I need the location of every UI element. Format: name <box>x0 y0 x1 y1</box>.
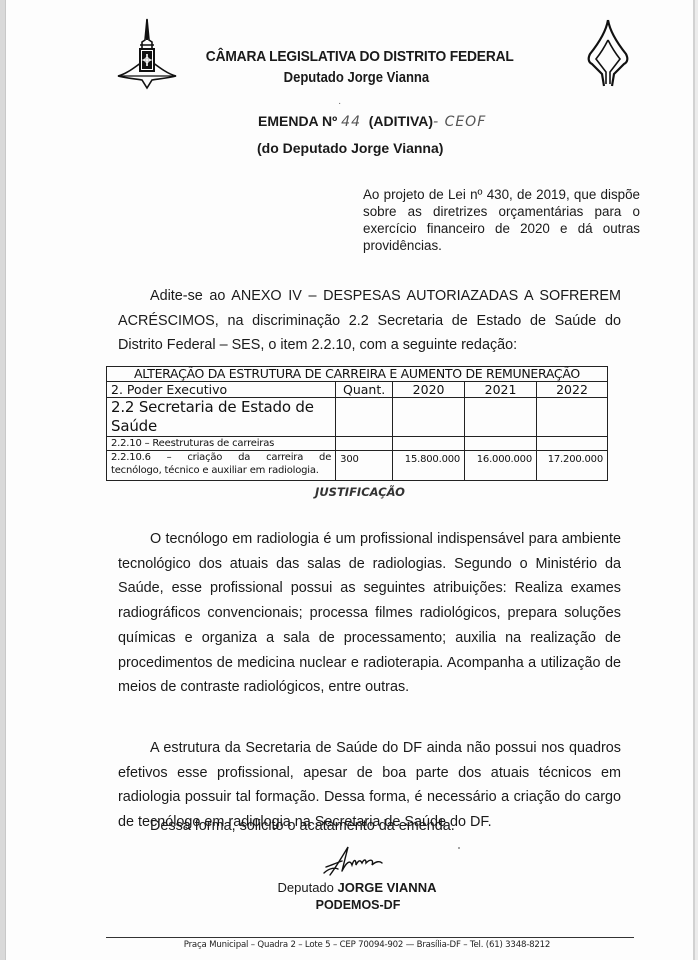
closing-paragraph: Dessa forma, solicito o acatamento da em… <box>118 814 621 839</box>
justification-heading: JUSTIFICAÇÃO <box>0 485 698 499</box>
table-cell <box>537 437 608 451</box>
page-edge-left <box>0 0 6 960</box>
amendment-label: EMENDA Nº <box>258 113 337 129</box>
signatory-name: Deputado JORGE VIANNA <box>0 880 698 895</box>
institution-title: CÂMARA LEGISLATIVA DO DISTRITO FEDERAL <box>29 48 671 65</box>
table-cell <box>465 398 537 437</box>
table-cell-description: 2.2.10.6 – criação da carreira detecnólo… <box>107 451 336 481</box>
intro-paragraph: Adite-se ao ANEXO IV – DESPESAS AUTORIAZ… <box>118 284 621 358</box>
table-header-cell: 2022 <box>537 382 608 398</box>
justification-paragraph: O tecnólogo em radiologia é um profissio… <box>118 527 621 700</box>
signatory-title: Deputado <box>278 880 334 895</box>
table-cell <box>393 398 465 437</box>
amendment-type: (ADITIVA) <box>369 113 433 129</box>
table-cell <box>336 437 393 451</box>
table-header-cell: Quant. <box>336 382 393 398</box>
amendment-heading: · EMENDA Nº 44 (ADITIVA)- CEOF <box>258 113 486 130</box>
table-header-cell: 2021 <box>465 382 537 398</box>
table-cell: 2.2.10 – Reestruturas de carreiras <box>107 437 336 451</box>
table-header-cell: 2. Poder Executivo <box>107 382 336 398</box>
table-title-row: ALTERAÇÃO DA ESTRUTURA DE CARREIRA E AUM… <box>107 367 608 382</box>
description-line-2: tecnólogo, técnico e auxiliar em radiolo… <box>111 464 331 477</box>
table-cell <box>393 437 465 451</box>
table-row: 2.2 Secretaria de Estado de Saúde <box>107 398 608 437</box>
table-cell-quantity: 300 <box>336 451 393 481</box>
table-cell-2020: 15.800.000 <box>393 451 465 481</box>
table-cell <box>336 398 393 437</box>
ink-mark <box>458 847 460 849</box>
table-title: ALTERAÇÃO DA ESTRUTURA DE CARREIRA E AUM… <box>107 367 608 382</box>
committee-handwritten: - CEOF <box>433 114 486 130</box>
intro-text: Adite-se ao ANEXO IV – DESPESAS AUTORIAZ… <box>118 288 621 353</box>
description-line-1: 2.2.10.6 – criação da carreira de <box>111 452 331 463</box>
justification-text: O tecnólogo em radiologia é um profissio… <box>118 531 621 695</box>
table-header-cell: 2020 <box>393 382 465 398</box>
closing-text: Dessa forma, solicito o acatamento da em… <box>150 818 455 834</box>
ementa: Ao projeto de Lei nº 430, de 2019, que d… <box>363 186 640 254</box>
table-cell <box>537 398 608 437</box>
table-cell-2021: 16.000.000 <box>465 451 537 481</box>
handwritten-signature <box>322 845 392 877</box>
amendment-number-handwritten: 44 <box>341 114 361 130</box>
footer-rule <box>106 937 634 938</box>
table-cell: 2.2 Secretaria de Estado de Saúde <box>107 398 336 437</box>
ink-mark: · <box>338 98 341 109</box>
office-subtitle: Deputado Jorge Vianna <box>36 70 664 86</box>
signatory-name-bold: JORGE VIANNA <box>338 880 437 895</box>
table-header-row: 2. Poder Executivo Quant. 2020 2021 2022 <box>107 382 608 398</box>
table-cell <box>465 437 537 451</box>
table-cell-2022: 17.200.000 <box>537 451 608 481</box>
footer-address: Praça Municipal – Quadra 2 – Lote 5 – CE… <box>0 940 698 950</box>
amendment-author: (do Deputado Jorge Vianna) <box>257 140 443 156</box>
signatory-party: PODEMOS-DF <box>0 898 698 912</box>
table-row: 2.2.10.6 – criação da carreira detecnólo… <box>107 451 608 481</box>
table-row: 2.2.10 – Reestruturas de carreiras <box>107 437 608 451</box>
budget-table: ALTERAÇÃO DA ESTRUTURA DE CARREIRA E AUM… <box>106 366 608 481</box>
